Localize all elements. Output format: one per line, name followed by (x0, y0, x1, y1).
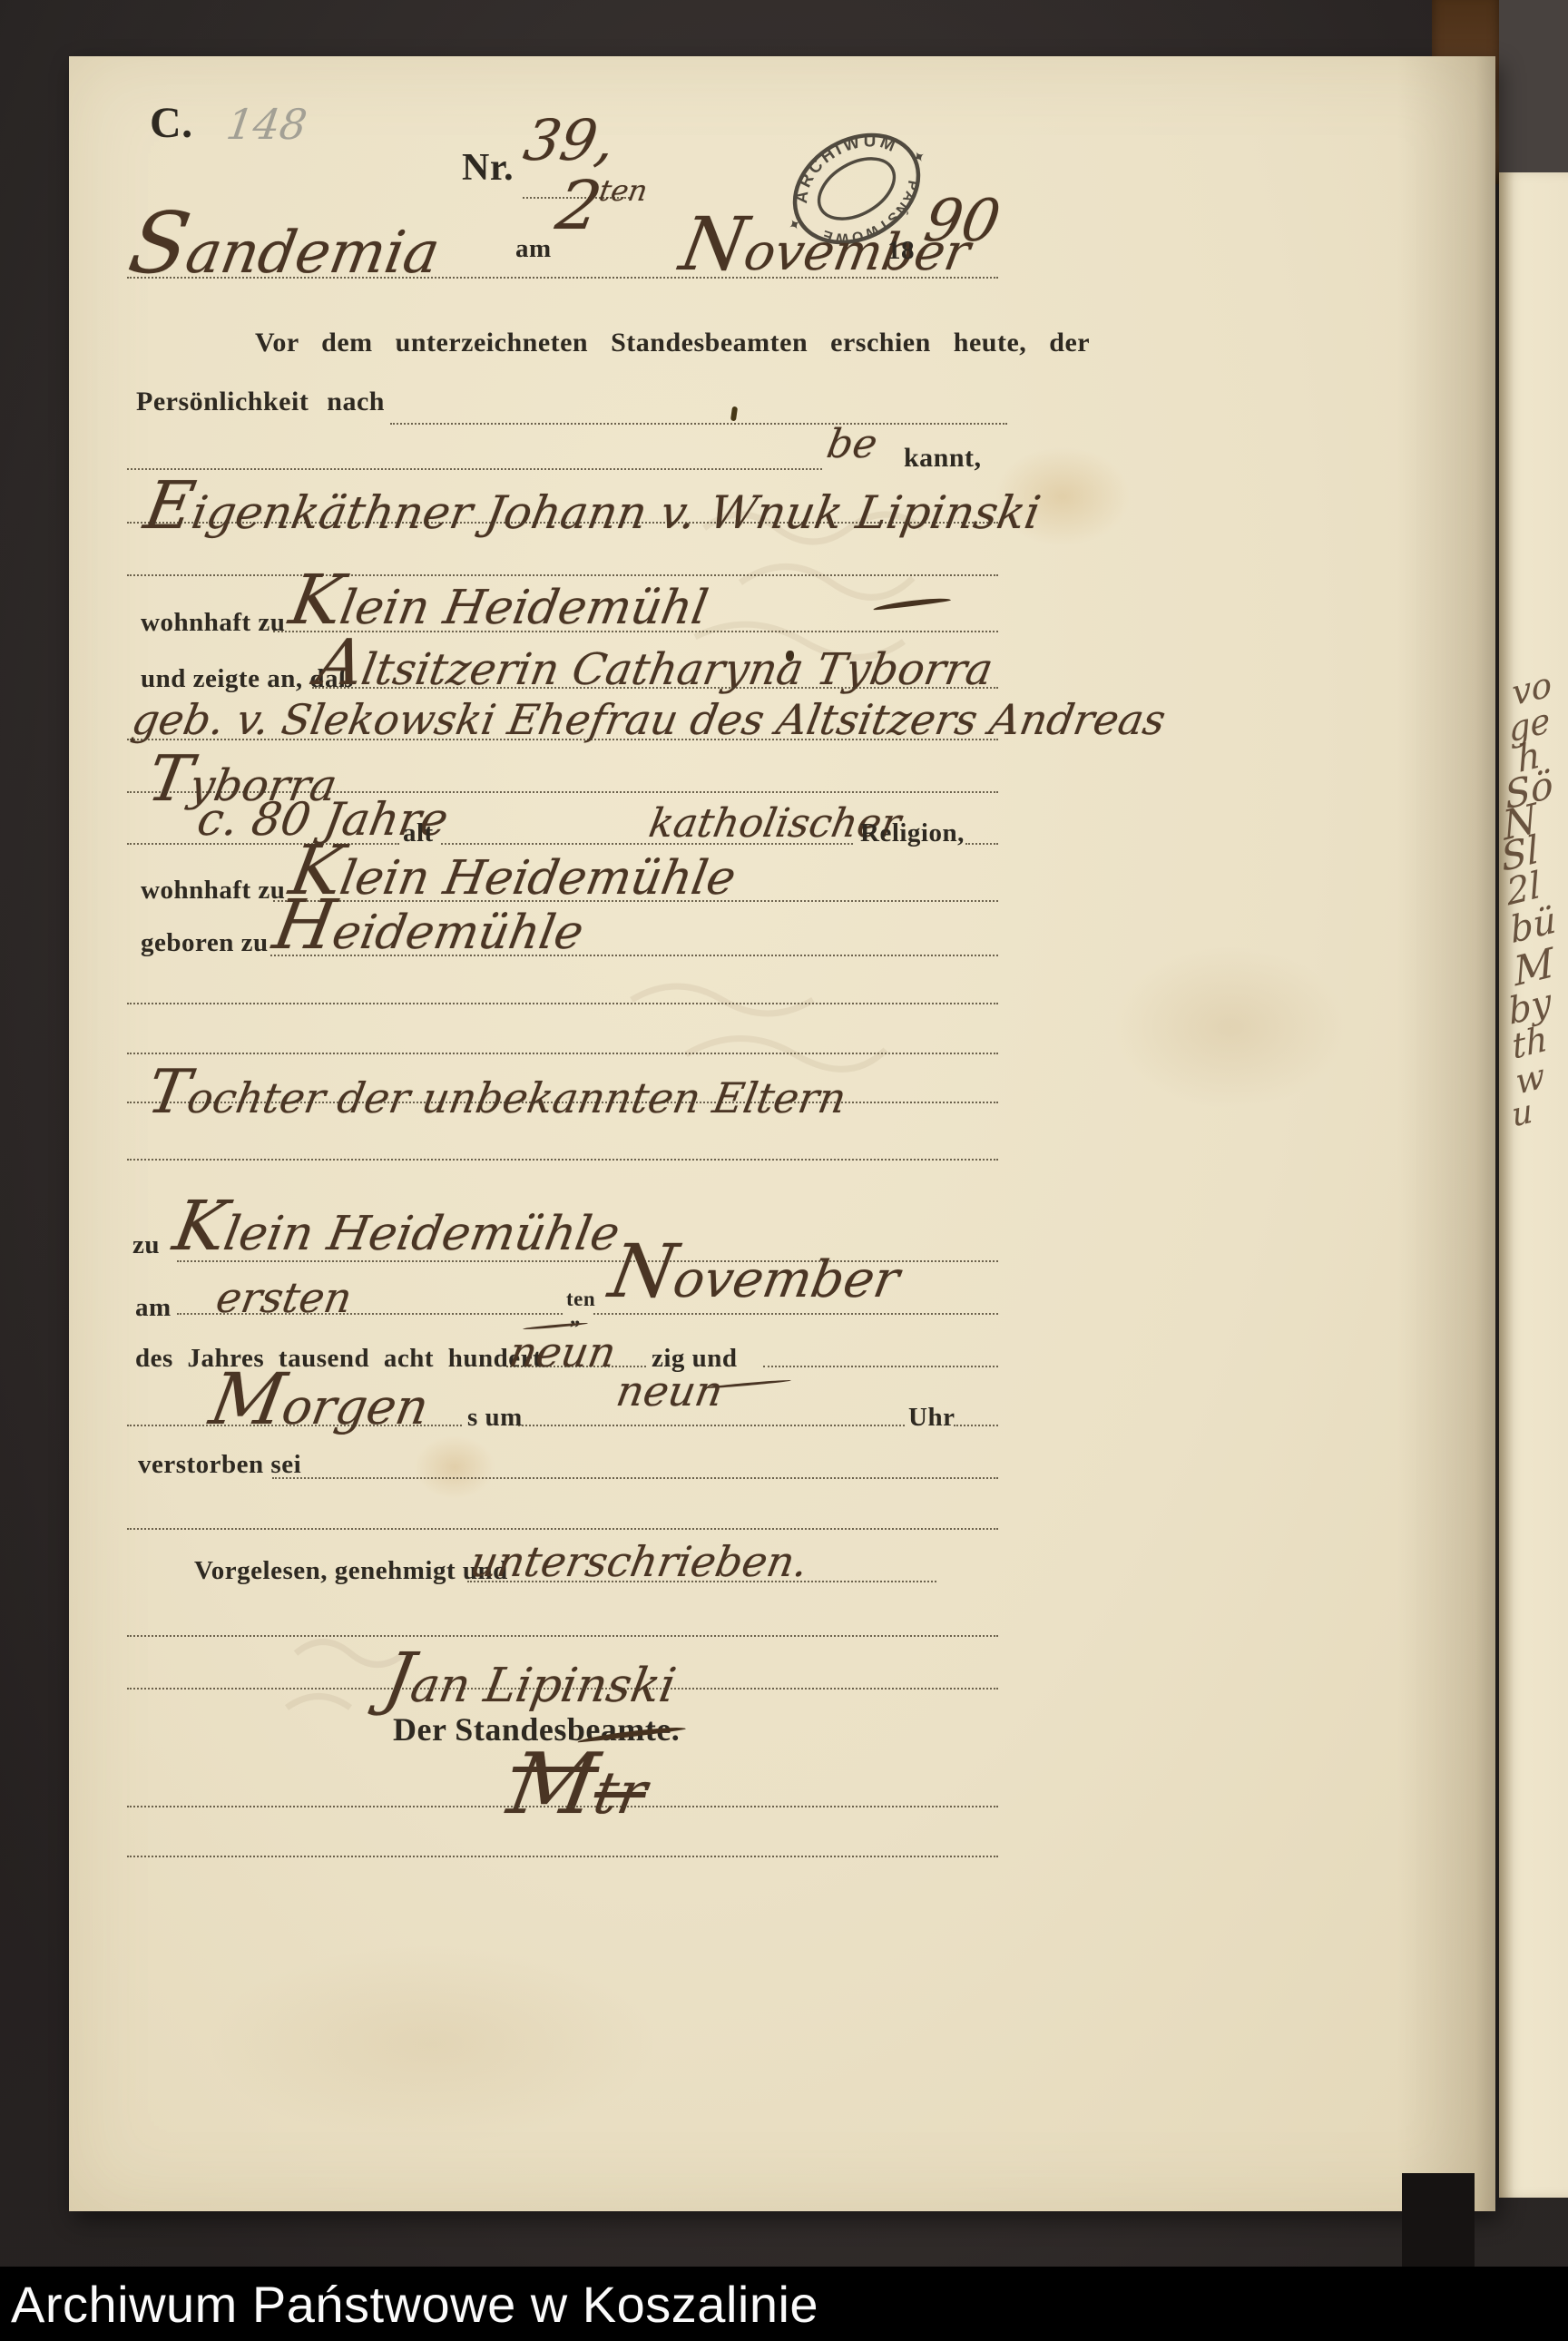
ruled-line (312, 685, 998, 689)
dateline-am-label: am (515, 236, 552, 262)
registrar-signature: Mtr (503, 1742, 655, 1827)
star-icon: ✦ (909, 147, 929, 169)
deceased-maiden-line: geb. v. Slekowski Ehefrau des Altsitzers… (129, 699, 1169, 740)
ruled-line (518, 1423, 905, 1426)
death-date-month: November (604, 1236, 906, 1309)
ruled-line (177, 1311, 563, 1315)
closing-handwritten: unterschrieben. (467, 1541, 811, 1582)
paper-stain (205, 1944, 659, 2143)
ruled-line (127, 1001, 998, 1004)
ruled-line (127, 520, 998, 524)
handwriting-fragment: u (1510, 1095, 1534, 1133)
facing-page-edge: vo ge h Sö N Sl 2l bü M by th w u (1499, 172, 1568, 2198)
ruled-line (127, 737, 998, 740)
archive-caption-text: Archiwum Państwowe w Koszalinie (0, 2275, 818, 2334)
birthplace-label: geboren zu (141, 930, 269, 956)
ruled-line (127, 1157, 998, 1161)
ruled-line (127, 1423, 462, 1426)
death-date-am-label: am (135, 1295, 171, 1321)
residence1-value: Klein Heidemühl (285, 566, 714, 634)
ruled-line (127, 1854, 998, 1857)
stamp-text-top: ARCHIWUM (776, 112, 906, 212)
death-place-label: zu (132, 1232, 160, 1259)
ruled-line (127, 1686, 998, 1690)
ruled-line (763, 1364, 998, 1367)
intro-line-1: Vor dem unterzeichneten Standesbeamten e… (255, 329, 1090, 357)
ink-bleedthrough (69, 56, 1495, 2211)
pen-flourish (873, 596, 951, 611)
ruled-line (127, 1100, 998, 1103)
death-time-uhr-label: Uhr (908, 1405, 955, 1431)
death-record-page: C. 148 Nr. 39, ARCHIWUM PAŃSTWOWE ✦ ✦ (69, 56, 1495, 2211)
ruled-line (127, 466, 822, 470)
ruled-line (127, 1804, 998, 1807)
bekannt-printed: kannt, (904, 445, 982, 472)
paper-stain (414, 1435, 495, 1499)
declarant-name: Eigenkäthner Johann v. Wnuk Lipinski (140, 474, 1046, 540)
bekannt-handwritten: be (824, 425, 880, 465)
ruled-line (467, 1579, 936, 1582)
ruled-line (390, 421, 1007, 425)
dateline-day-suffix: ten (597, 176, 650, 205)
parents-line: Tochter der unbekannten Eltern (143, 1062, 852, 1122)
death-time-sum-label: s um (467, 1405, 523, 1431)
ruled-line (127, 1526, 998, 1530)
verstorben-label: verstorben sei (138, 1452, 301, 1478)
ruled-line (127, 1633, 998, 1637)
declarant-signature: Jan Lipinski (379, 1644, 682, 1712)
ruled-line (272, 1475, 998, 1479)
svg-text:ARCHIWUM: ARCHIWUM (776, 112, 906, 212)
archive-caption-bar: Archiwum Państwowe w Koszalinie (0, 2267, 1568, 2341)
residence1-label: wohnhaft zu (141, 610, 285, 636)
ruled-line (127, 1051, 998, 1054)
background-corner (1499, 0, 1568, 174)
pencil-page-number: 148 (224, 103, 309, 145)
paper-stain (1112, 945, 1348, 1109)
ruled-line (965, 841, 998, 845)
closing-label: Vorgelesen, genehmigt und (194, 1558, 508, 1584)
ruled-line (270, 953, 998, 956)
ruled-line (593, 1311, 998, 1315)
religion-label: Religion, (860, 820, 965, 847)
page-gap-shadow (1402, 2173, 1475, 2273)
record-number-label: Nr. (462, 149, 514, 187)
dateline-year: 90 (920, 192, 1004, 250)
scanned-document-view: C. 148 Nr. 39, ARCHIWUM PAŃSTWOWE ✦ ✦ (0, 0, 1568, 2341)
birthplace-value: Heidemühle (269, 891, 590, 959)
dateline-place: Sandemia (123, 201, 447, 286)
ruled-line (127, 275, 998, 279)
residence2-label: wohnhaft zu (141, 877, 285, 904)
record-number-value: 39, (520, 113, 620, 169)
death-place-value: Klein Heidemühle (169, 1192, 626, 1260)
intro-line-2: Persönlichkeit nach (136, 388, 385, 416)
ruled-line (954, 1423, 998, 1426)
death-time-hour: neun (613, 1370, 726, 1412)
form-letter-c: C. (150, 102, 193, 145)
ink-blot (730, 406, 738, 422)
dateline-century: 18 (887, 238, 915, 264)
